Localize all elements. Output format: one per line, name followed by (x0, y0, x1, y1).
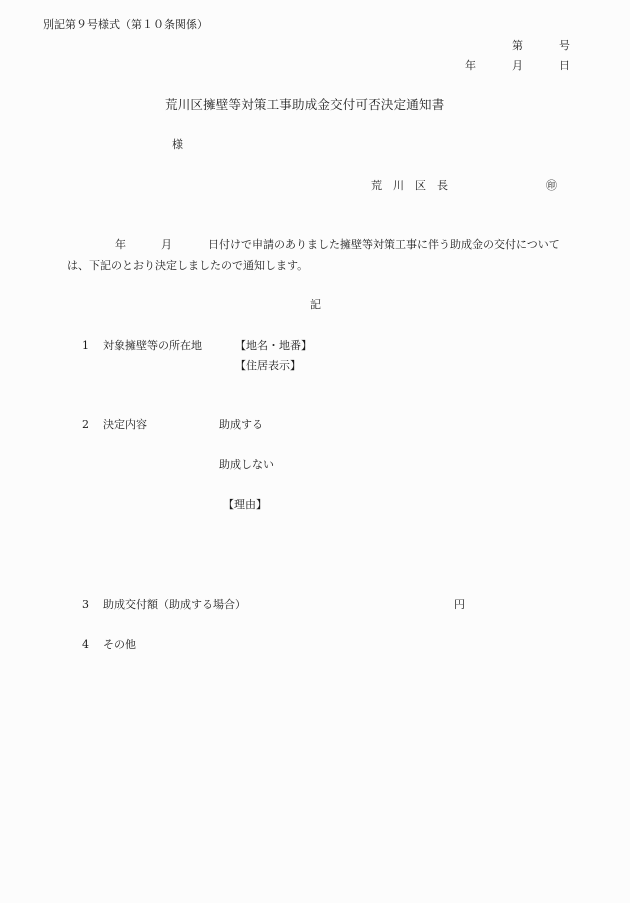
item-3-number: 3 (82, 599, 89, 610)
item-1-value-chiban: 【地名・地番】 (235, 340, 312, 351)
item-2-option-no-grant: 助成しない (219, 459, 274, 470)
item-1-value-jukyo: 【住居表示】 (235, 360, 301, 371)
form-label: 別記第９号様式（第１０条関係） (43, 19, 208, 30)
item-1-label: 対象擁壁等の所在地 (103, 340, 202, 351)
document-title: 荒川区擁壁等対策工事助成金交付可否決定通知書 (165, 99, 444, 112)
body-date-month: 月 (161, 239, 172, 250)
item-2-option-grant: 助成する (219, 419, 263, 430)
date-year: 年 (465, 60, 476, 71)
item-2-reason: 【理由】 (223, 499, 267, 510)
doc-number-go: 号 (559, 40, 570, 51)
body-line2: は、下記のとおり決定しましたので通知します。 (67, 260, 308, 271)
date-day: 日 (559, 60, 570, 71)
item-4-label: その他 (103, 639, 136, 650)
addressee-suffix: 様 (172, 139, 183, 150)
item-3-label: 助成交付額（助成する場合） (103, 599, 246, 610)
item-1-number: 1 (82, 340, 89, 351)
doc-number-dai: 第 (512, 40, 523, 51)
ki-heading: 記 (310, 299, 321, 310)
item-3-unit-yen: 円 (454, 599, 465, 610)
body-date-year: 年 (115, 239, 126, 250)
date-month: 月 (512, 60, 523, 71)
item-2-label: 決定内容 (103, 419, 147, 430)
seal-mark: ㊞ (546, 180, 557, 191)
item-2-number: 2 (82, 419, 89, 430)
body-line1: 日付けで申請のありました擁壁等対策工事に伴う助成金の交付について (208, 239, 560, 250)
item-4-number: 4 (82, 639, 89, 650)
issuer-name: 荒 川 区 長 (371, 180, 448, 191)
